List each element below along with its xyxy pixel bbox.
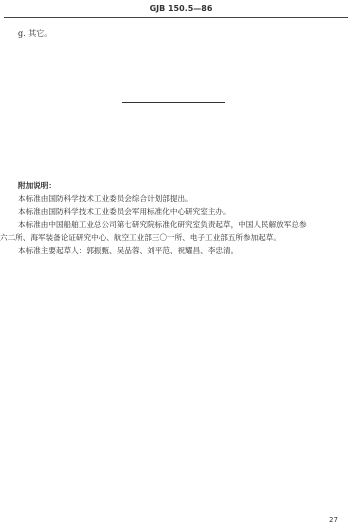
section-divider xyxy=(122,102,225,103)
notes-line: 本标准由国防科学技术工业委员会综合计划部提出。 xyxy=(0,192,362,205)
header-divider xyxy=(4,17,348,18)
page-number: 27 xyxy=(329,516,338,524)
list-item-g: g. 其它。 xyxy=(18,28,52,39)
notes-line: 六二所、海军装备论证研究中心、航空工业部三〇一所、电子工业部五所参加起草。 xyxy=(0,231,362,244)
notes-line: 本标准由国防科学技术工业委员会军用标准化中心研究室主办。 xyxy=(0,205,362,218)
notes-title: 附加说明： xyxy=(0,179,362,192)
notes-line: 本标准主要起草人：郭振甄、吴品蓉、刘平范、祝耀昌、李忠清。 xyxy=(0,244,362,257)
standard-code: GJB 150.5—86 xyxy=(0,4,362,13)
notes-line: 本标准由中国船舶工业总公司第七研究院标准化研究室负责起草，中国人民解放军总参 xyxy=(0,218,362,231)
additional-notes: 附加说明： 本标准由国防科学技术工业委员会综合计划部提出。 本标准由国防科学技术… xyxy=(0,179,362,257)
